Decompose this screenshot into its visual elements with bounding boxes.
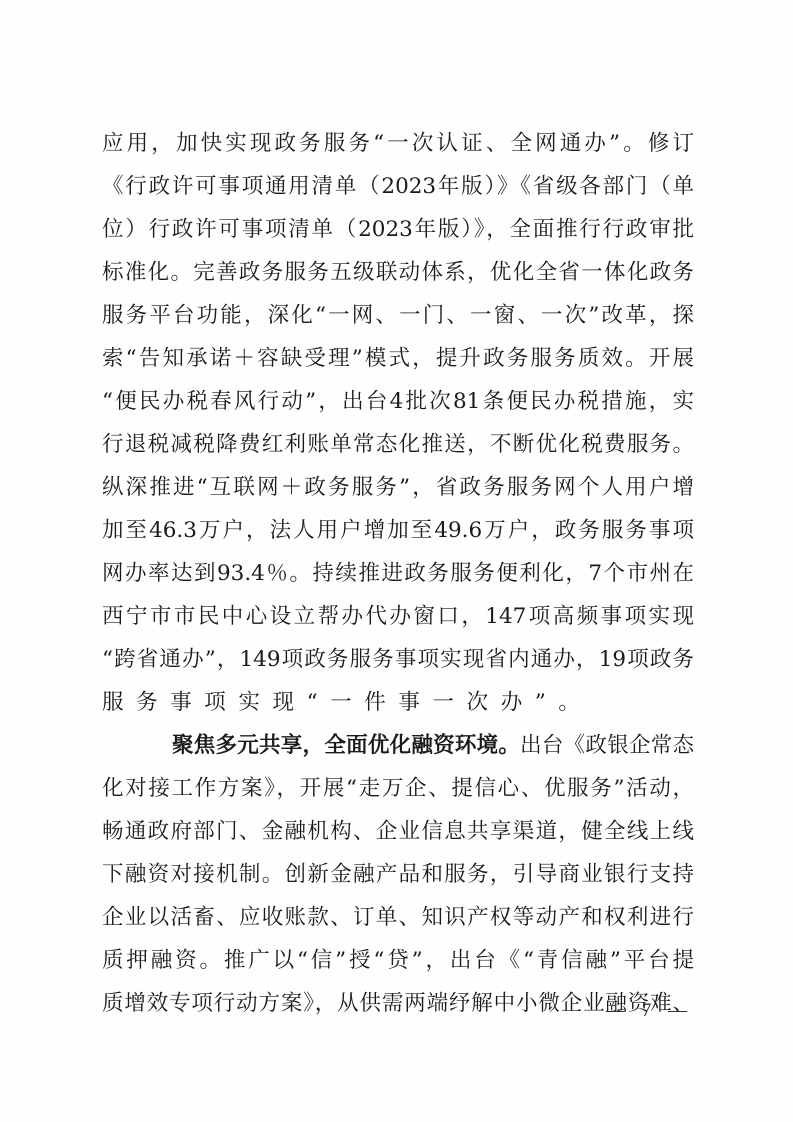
text-line: “跨省通办”，149项政务服务事项实现省内通办，19项政务 [102, 638, 694, 681]
text-line: 畅通政府部门、金融机构、企业信息共享渠道，健全线上线 [102, 810, 694, 853]
text-line: 服务平台功能，深化“一网、一门、一窗、一次”改革，探 [102, 294, 694, 337]
text-line: “便民办税春风行动”，出台4批次81条便民办税措施，实 [102, 380, 694, 423]
text-line: 索“告知承诺＋容缺受理”模式，提升政务服务质效。开展 [102, 337, 694, 380]
text-line: 下融资对接机制。创新金融产品和服务，引导商业银行支持 [102, 853, 694, 896]
text-line: 企业以活畜、应收账款、订单、知识产权等动产和权利进行 [102, 896, 694, 939]
text-line: 质押融资。推广以“信”授“贷”，出台《“青信融”平台提 [102, 939, 694, 982]
text-line: 标准化。完善政务服务五级联动体系，优化全省一体化政务 [102, 251, 694, 294]
paragraph-heading: 聚焦多元共享，全面优化融资环境。 [172, 733, 520, 758]
text-line: 《行政许可事项通用清单（2023年版）》《省级各部门（单 [102, 165, 694, 208]
page-number: — 7 — [606, 1000, 693, 1022]
text-line: 网办率达到93.4％。持续推进政务服务便利化，7个市州在 [102, 552, 694, 595]
text-line: 服务事项实现“一件事一次办”。 [102, 681, 694, 724]
text-line: 西宁市市民中心设立帮办代办窗口，147项高频事项实现 [102, 595, 694, 638]
text-line: 应用，加快实现政务服务“一次认证、全网通办”。修订 [102, 122, 694, 165]
text-line: 纵深推进“互联网＋政务服务”，省政务服务网个人用户增 [102, 466, 694, 509]
body-text: 应用，加快实现政务服务“一次认证、全网通办”。修订 《行政许可事项通用清单（20… [102, 122, 694, 1025]
paragraph-text: 出台《政银企常态 [520, 733, 694, 758]
text-line: 化对接工作方案》，开展“走万企、提信心、优服务”活动， [102, 767, 694, 810]
paragraph-heading-line: 聚焦多元共享，全面优化融资环境。出台《政银企常态 [102, 724, 694, 767]
text-line: 加至46.3万户，法人用户增加至49.6万户，政务服务事项 [102, 509, 694, 552]
text-line: 行退税减税降费红利账单常态化推送，不断优化税费服务。 [102, 423, 694, 466]
document-page: 应用，加快实现政务服务“一次认证、全网通办”。修订 《行政许可事项通用清单（20… [0, 0, 793, 1122]
text-line: 位）行政许可事项清单（2023年版）》，全面推行行政审批 [102, 208, 694, 251]
